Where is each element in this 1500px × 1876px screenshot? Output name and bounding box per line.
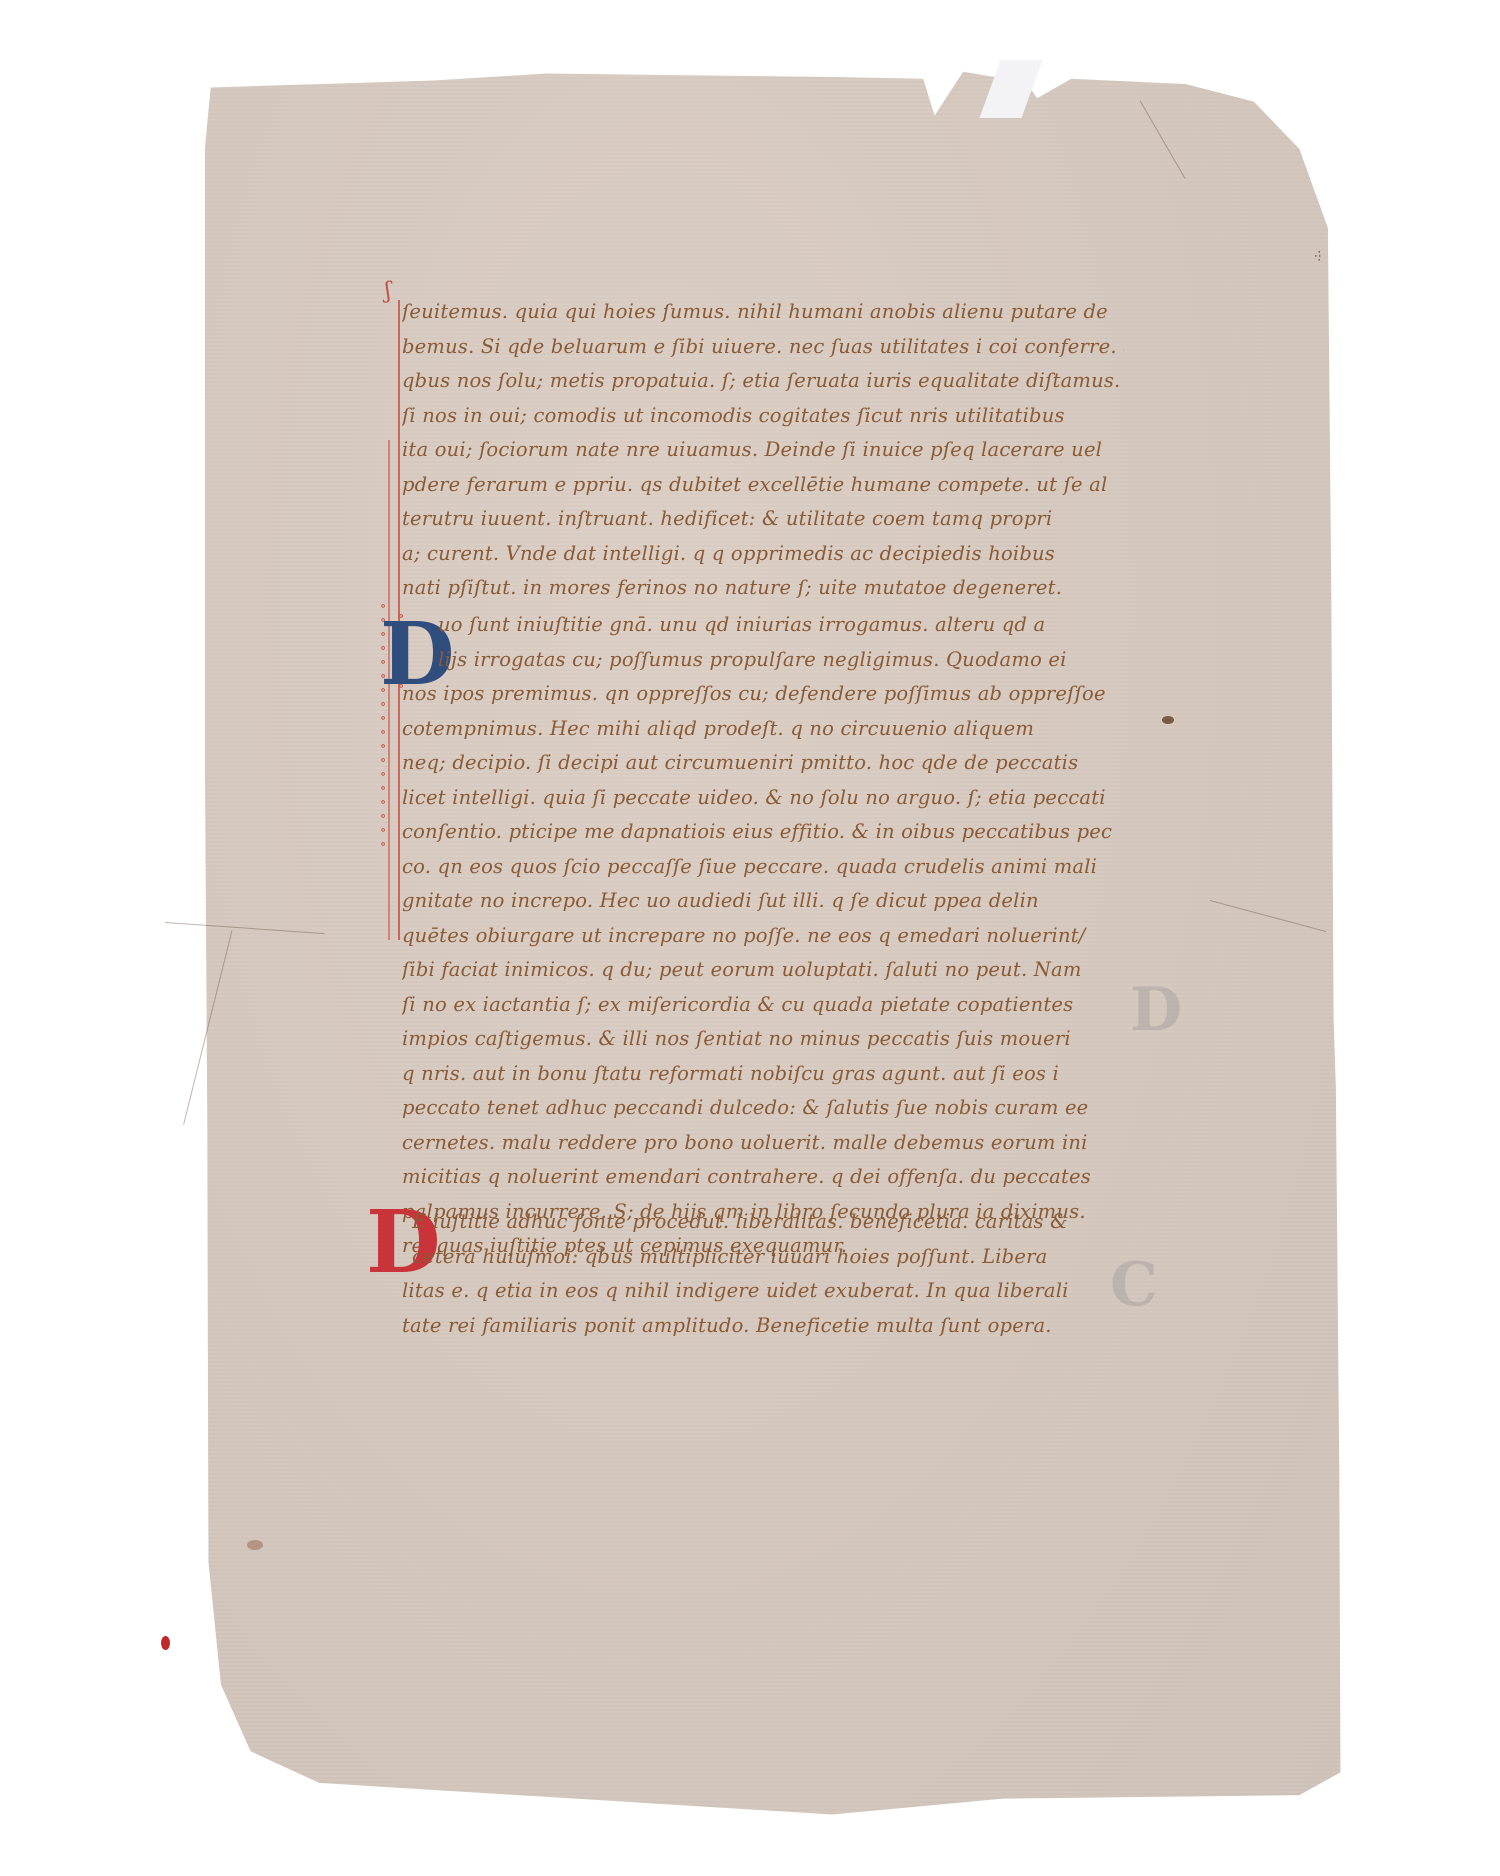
text-line: co. qn eos quos ſcio peccaſſe ſiue pecca… bbox=[402, 850, 1124, 885]
text-line: uo ſunt iniuſtitie gnā. unu qd iniurias … bbox=[402, 608, 1124, 643]
text-line: ſi nos in oui; comodis ut incomodis cogi… bbox=[402, 399, 1124, 434]
text-line: neq; decipio. ſi decipi aut circumueniri… bbox=[402, 746, 1124, 781]
text-line: E iuſtitie adhuc fonte procedut. liberal… bbox=[402, 1205, 1124, 1240]
penwork-flourish-top: ʃ bbox=[383, 285, 393, 299]
text-line: cetera huiuſmoi: qbus multipliciter iuua… bbox=[402, 1240, 1124, 1275]
text-line: ſibi faciat inimicos. q du; peut eorum u… bbox=[402, 953, 1124, 988]
text-line: lijs irrogatas cu; poſſumus propulſare n… bbox=[402, 643, 1124, 678]
stain-red-edge bbox=[161, 1636, 170, 1650]
text-line: cernetes. malu reddere pro bono uoluerit… bbox=[402, 1126, 1124, 1161]
text-line: a; curent. Vnde dat intelligi. q q oppri… bbox=[402, 537, 1124, 572]
stain-brown bbox=[247, 1540, 263, 1550]
text-line: q nris. aut in bonu ſtatu reformati nobi… bbox=[402, 1057, 1124, 1092]
text-line: cotempnimus. Hec mihi aliqd prodeſt. q n… bbox=[402, 712, 1124, 747]
text-line: micitias q noluerint emendari contrahere… bbox=[402, 1160, 1124, 1195]
text-line: conſentio. pticipe me dapnatiois eius ef… bbox=[402, 815, 1124, 850]
text-line: ſeuitemus. quia qui hoies ſumus. nihil h… bbox=[402, 295, 1124, 330]
text-line: qbus nos ſolu; metis propatuia. ſ; etia … bbox=[402, 364, 1124, 399]
text-line: licet intelligi. quia ſi peccate uideo. … bbox=[402, 781, 1124, 816]
text-line: litas e. q etia in eos q nihil indigere … bbox=[402, 1274, 1124, 1309]
text-line: bemus. Si qde beluarum e ſibi uiuere. ne… bbox=[402, 330, 1124, 365]
stain-spot bbox=[1162, 716, 1174, 724]
text-line: ita oui; ſociorum nate nre uiuamus. Dein… bbox=[402, 433, 1124, 468]
text-line: quētes obiurgare ut increpare no poſſe. … bbox=[402, 919, 1124, 954]
text-line: nati pſiſtut. in mores ferinos no nature… bbox=[402, 571, 1124, 606]
showthrough-letter: D bbox=[1130, 975, 1182, 1045]
paragraph-3: E iuſtitie adhuc fonte procedut. liberal… bbox=[402, 1205, 1124, 1343]
text-line: pdere ferarum e ppriu. qs dubitet excell… bbox=[402, 468, 1124, 503]
text-line: gnitate no increpo. Hec uo audiedi ſut i… bbox=[402, 884, 1124, 919]
text-line: ſi no ex iactantia ſ; ex miſericordia & … bbox=[402, 988, 1124, 1023]
text-line: peccato tenet adhuc peccandi dulcedo: & … bbox=[402, 1091, 1124, 1126]
text-line: terutru iuuent. inſtruant. hedificet: & … bbox=[402, 502, 1124, 537]
text-line: nos ipos premimus. qn oppreſſos cu; defe… bbox=[402, 677, 1124, 712]
edge-marks: ·:· bbox=[1312, 250, 1326, 262]
text-line: impios caſtigemus. & illi nos ſentiat no… bbox=[402, 1022, 1124, 1057]
text-line: tate rei familiaris ponit amplitudo. Ben… bbox=[402, 1309, 1124, 1344]
paragraph-1: ſeuitemus. quia qui hoies ſumus. nihil h… bbox=[402, 295, 1124, 606]
paragraph-2: uo ſunt iniuſtitie gnā. unu qd iniurias … bbox=[402, 608, 1124, 1264]
